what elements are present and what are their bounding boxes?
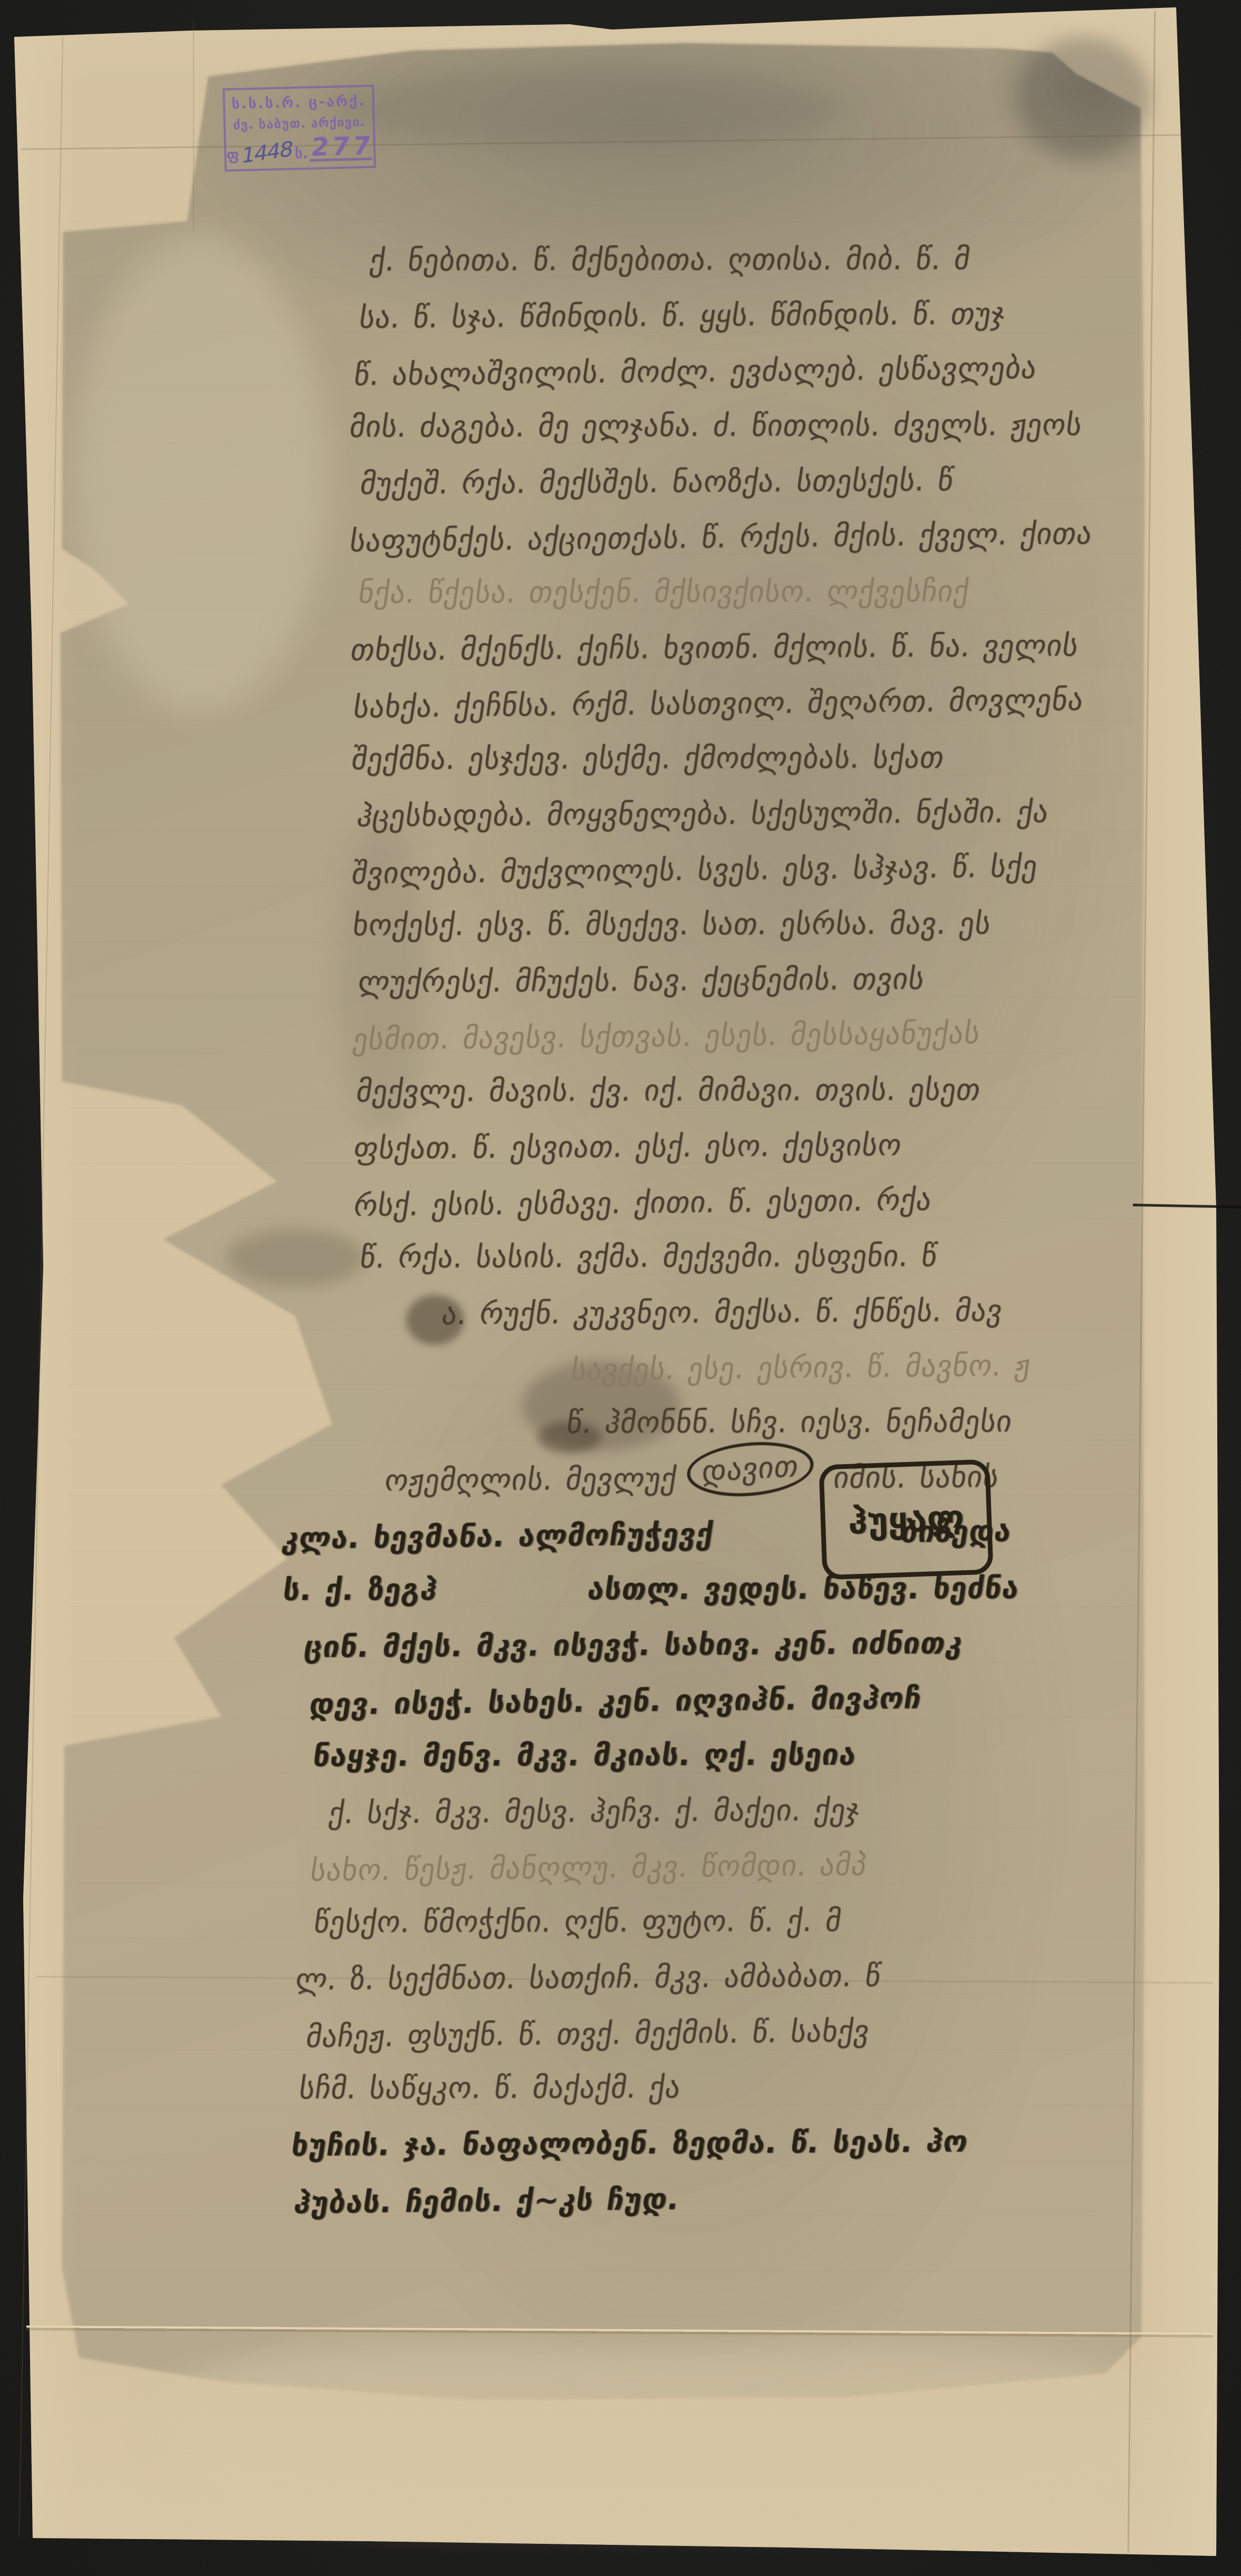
- line-text: სახო. წესჟ. მანღლუ. მკვ. წომდი. ამპ: [308, 1848, 870, 1888]
- manuscript-line-29: ქ. სქჯ. მკვ. მესვ. ჰეჩვ. ქ. მაქეი. ქეჯ: [325, 1780, 1241, 1841]
- line-text: თხქსა. მქენქს. ქეჩს. ხვითნ. მქლის. წ. ნა…: [348, 629, 1081, 667]
- line-text: ჰცესხადება. მოყვნელება. სქესულში. ნქაში.…: [354, 795, 1051, 833]
- manuscript-line-15: ესმით. მავესვ. სქთვას. ესეს. მესსაყანუქა…: [349, 1003, 1241, 1068]
- text-block: ქ. ნებითა. წ. მქნებითა. ღთისა. მიბ. წ. მ…: [348, 229, 1241, 2228]
- line-text: ა. რუქნ. კუკვნეო. მექსა. წ. ქნწეს. მავ: [439, 1294, 1005, 1332]
- stamp-fond-label: ფ: [226, 146, 239, 164]
- manuscript-line-30: სახო. წესჟ. მანღლუ. მკვ. წომდი. ამპ: [306, 1833, 1241, 1899]
- line-text: ნაყჯე. მენვ. მკვ. მკიას. ღქ. ესეია: [311, 1738, 859, 1774]
- line-text: ხოქესქ. ესვ. წ. მსექევ. სათ. ესრსა. მავ.…: [350, 907, 993, 943]
- manuscript-line-16: მექვლე. მავის. ქვ. იქ. მიმავი. თვის. ესე…: [353, 1062, 1241, 1119]
- manuscript-line-3: წ. ახალაშვილის. მოძლ. ევძალებ. ესწავლება: [350, 338, 1240, 403]
- manuscript-line-35: ხუჩის. ჯა. ნაფალობენ. ზედმა. წ. სეას. ჰო: [287, 2112, 1241, 2174]
- manuscript-line-33: მაჩეჟ. ფსუქნ. წ. თვქ. მექმის. წ. სახქვ: [302, 2000, 1241, 2065]
- line-gap: [436, 1599, 573, 1600]
- manuscript-line-7: ნქა. წქესა. თესქენ. მქსივქისო. ლქვესჩიქ: [355, 563, 1240, 621]
- line-text: წ. რქა. სასის. ვქმა. მექვემი. ესფენი. წ: [358, 1239, 939, 1275]
- manuscript-line-18: რსქ. ესის. ესმავე. ქითი. წ. ესეთი. რქა: [350, 1169, 1241, 1234]
- manuscript-line-22: წ. ჰმონნნ. სჩვ. იესვ. ნეჩამესი: [563, 1393, 1241, 1450]
- stamp-doc-number: 277: [310, 134, 375, 161]
- manuscript-line-10: შექმნა. ესჯქევ. ესქმე. ქმოძლებას. სქათ: [348, 729, 1241, 787]
- line-text: მაჩეჟ. ფსუქნ. წ. თვქ. მექმის. წ. სახქვ: [304, 2014, 872, 2054]
- manuscript-line-27: დევ. ისეჭ. სახეს. კენ. იღვიჰნ. მივჰოჩ: [305, 1667, 1241, 1733]
- manuscript-line-21: სავქეს. ესე. ესრივ. წ. მავნო. ჟ: [567, 1335, 1241, 1398]
- manuscript-line-26: ცინ. მქეს. მკვ. ისევჭ. სახივ. კენ. იძნით…: [300, 1614, 1241, 1675]
- manuscript-line-14: ლუქრესქ. მჩუქეს. ნავ. ქეცნემის. თვის: [354, 949, 1241, 1010]
- line-text: ს. ქ. ზეგჰ: [281, 1573, 439, 1608]
- stamp-row-1: ს.ს.ს.რ. ც-არქ.: [232, 93, 366, 112]
- line-text: ჰუბას. ჩემის. ქ~კს ჩუდ.: [292, 2182, 682, 2221]
- manuscript-line-2: სა. წ. სჯა. წმინდის. წ. ყყს. წმინდის. წ.…: [355, 285, 1239, 345]
- manuscript-line-24: კლა. ხევმანა. ალმოჩუჭევქ ბიზედა: [278, 1501, 1241, 1566]
- manuscript-line-28: ნაყჯე. მენვ. მკვ. მკიას. ღქ. ესეია: [309, 1726, 1241, 1784]
- line-text: ესმით. მავესვ. სქთვას. ესეს. მესსაყანუქა…: [350, 1016, 983, 1057]
- stamp-row-3: ფ 1448 ს. 277: [226, 134, 374, 164]
- line-text: ხუჩის. ჯა. ნაფალობენ. ზედმა. წ. სეას. ჰო: [289, 2125, 970, 2163]
- line-text: ცინ. მქეს. მკვ. ისევჭ. სახივ. კენ. იძნით…: [302, 1626, 965, 1665]
- line-text: ლ. ზ. სექმნათ. სათქიჩ. მკვ. ამბაბათ. წ: [293, 1959, 884, 1997]
- line-text: წესქო. წმოჭქნი. ღქნ. ფუტო. წ. ქ. მ: [312, 1904, 844, 1940]
- line-text: სა. წ. სჯა. წმინდის. წ. ყყს. წმინდის. წ.…: [357, 297, 1007, 335]
- manuscript-line-31: წესქო. წმოჭქნი. ღქნ. ფუტო. წ. ქ. მ: [310, 1892, 1241, 1950]
- manuscript-line-9: სახქა. ქეჩნსა. რქმ. სასთვილ. შეღართ. მოვ…: [350, 670, 1241, 735]
- line-text: საფუტნქეს. აქციეთქას. წ. რქეს. მქის. ქვე…: [348, 516, 1095, 559]
- manuscript-line-13: ხოქესქ. ესვ. წ. მსექევ. სათ. ესრსა. მავ.…: [349, 896, 1241, 953]
- line-text: დევ. ისეჭ. სახეს. კენ. იღვიჰნ. მივჰოჩ: [307, 1681, 924, 1722]
- line-text: ფსქათ. წ. ესვიათ. ესქ. ესო. ქესვისო: [351, 1128, 905, 1166]
- manuscript-line-6: საფუტნქეს. აქციეთქას. წ. რქეს. მქის. ქვე…: [346, 504, 1241, 569]
- manuscript-line-34: სჩმ. საწყკო. წ. მაქაქმ. ქა: [295, 2059, 1241, 2117]
- line-text: მუქეშ. რქა. მექსშეს. ნაოზქა. სთესქეს. წ: [358, 463, 956, 501]
- manuscript-line-25: ს. ქ. ზეგჰ ასთლ. ვედეს. ნაწევ. ხეძნა: [279, 1560, 1241, 1618]
- manuscript-line-32: ლ. ზ. სექმნათ. სათქიჩ. მკვ. ამბაბათ. წ: [292, 1946, 1241, 2007]
- manuscript-line-36: ჰუბას. ჩემის. ქ~კს ჩუდ.: [290, 2166, 1241, 2231]
- line-text: ნქა. წქესა. თესქენ. მქსივქისო. ლქვესჩიქ: [357, 574, 972, 610]
- line-text: სახქა. ქეჩნსა. რქმ. სასთვილ. შეღართ. მოვ…: [351, 683, 1086, 725]
- line-text: სჩმ. საწყკო. წ. მაქაქმ. ქა: [297, 2071, 683, 2106]
- line-text: ქ. ნებითა. წ. მქნებითა. ღთისა. მიბ. წ. მ: [368, 242, 973, 278]
- line-text: კლა. ხევმანა. ალმოჩუჭევქ: [280, 1517, 716, 1556]
- manuscript-line-8: თხქსა. მქენქს. ქეჩს. ხვითნ. მქლის. წ. ნა…: [347, 617, 1241, 678]
- manuscript-line-12: შვილება. მუქვლილეს. სვეს. ესვ. სჰჯავ. წ.…: [348, 837, 1241, 901]
- manuscript-line-17: ფსქათ. წ. ესვიათ. ესქ. ესო. ქესვისო: [350, 1116, 1241, 1176]
- manuscript-line-19: წ. რქა. სასის. ვქმა. მექვემი. ესფენი. წ: [356, 1228, 1241, 1285]
- line-text: რსქ. ესის. ესმავე. ქითი. წ. ესეთი. რქა: [351, 1183, 934, 1223]
- manuscript-line-20: ა. რუქნ. კუკვნეო. მექსა. წ. ქნწეს. მავ: [438, 1282, 1241, 1342]
- line-text: ქ. სქჯ. მკვ. მესვ. ჰეჩვ. ქ. მაქეი. ქეჯ: [326, 1793, 862, 1830]
- line-text: ოჟემღლის. მევლუქ: [382, 1462, 679, 1497]
- manuscript-line-4: მის. ძაგება. მე ელჯანა. ძ. წითლის. ძველს…: [346, 397, 1239, 455]
- line-text: შექმნა. ესჯქევ. ესქმე. ქმოძლებას. სქათ: [349, 741, 946, 776]
- stamp-fond-number-handwritten: 1448: [240, 137, 294, 169]
- line-text: მის. ძაგება. მე ელჯანა. ძ. წითლის. ძველს…: [348, 408, 1084, 445]
- line-text: წ. ჰმონნნ. სჩვ. იესვ. ნეჩამესი: [564, 1405, 1014, 1440]
- line-text: შვილება. მუქვლილეს. სვეს. ესვ. სჰჯავ. წ.…: [349, 849, 1040, 891]
- manuscript-line-1: ქ. ნებითა. წ. მქნებითა. ღთისა. მიბ. წ. მ: [366, 231, 1238, 289]
- manuscript-line-11: ჰცესხადება. მოყვნელება. სქესულში. ნქაში.…: [353, 783, 1241, 844]
- archive-stamp: ს.ს.ს.რ. ც-არქ. ძვ. საბუთ. არქივი. ფ 144…: [223, 85, 376, 172]
- stamp-series-label: ს.: [295, 146, 308, 162]
- line-text: წ. ახალაშვილის. მოძლ. ევძალებ. ესწავლება: [352, 351, 1040, 392]
- line-text: მექვლე. მავის. ქვ. იქ. მიმავი. თვის. ესე…: [354, 1073, 983, 1109]
- boxed-word: ჰუყალ: [819, 1459, 993, 1580]
- stamp-row-2: ძვ. საბუთ. არქივი.: [233, 114, 365, 132]
- line-text: ლუქრესქ. მჩუქეს. ნავ. ქეცნემის. თვის: [355, 962, 927, 999]
- manuscript-line-5: მუქეშ. რქა. მექსშეს. ნაოზქა. სთესქეს. წ: [356, 451, 1240, 512]
- line-text-continued: ასთლ. ვედეს. ნაწევ. ხეძნა: [572, 1571, 1021, 1607]
- line-text: სავქეს. ესე. ესრივ. წ. მავნო. ჟ: [569, 1348, 1033, 1387]
- manuscript-line-23: ოჟემღლის. მევლუქდავით იმის. სახის: [381, 1448, 1241, 1508]
